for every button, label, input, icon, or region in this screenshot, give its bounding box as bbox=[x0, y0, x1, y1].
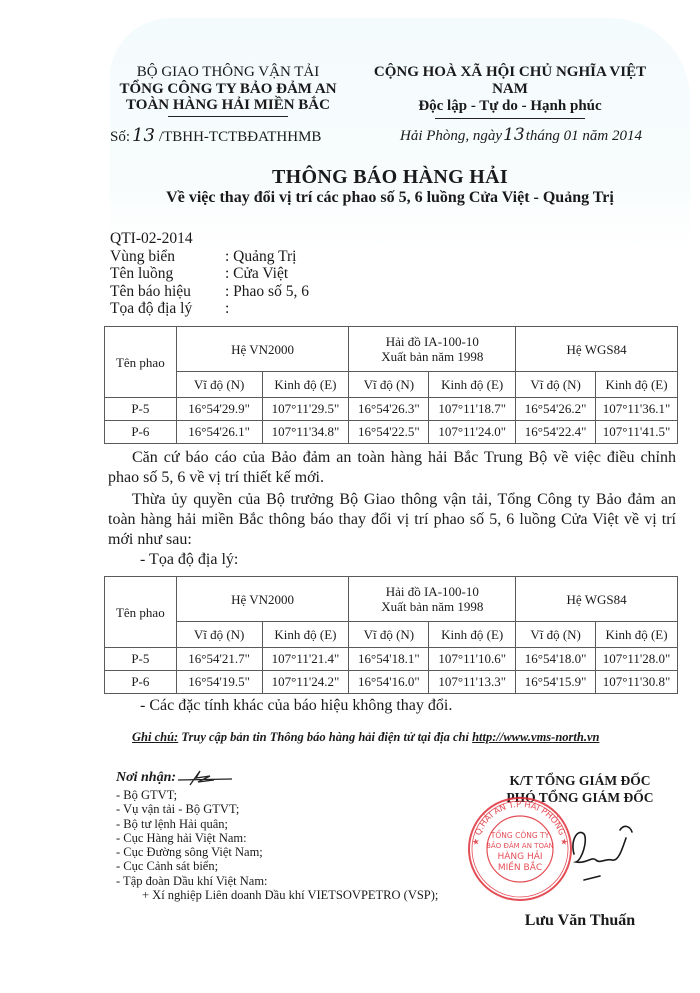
table-row: P-5 16°54'29.9" 107°11'29.5" 16°54'26.3"… bbox=[105, 398, 678, 421]
recipients-heading: Nơi nhận: bbox=[116, 768, 438, 788]
so-number: 13 bbox=[132, 125, 155, 146]
issuer-header: BỘ GIAO THÔNG VẬN TẢI TỔNG CÔNG TY BẢO Đ… bbox=[108, 64, 348, 117]
col-header-name: Tên phao bbox=[105, 327, 177, 398]
note-text: Truy cập bản tin Thông báo hàng hải điện… bbox=[178, 730, 472, 744]
paragraph-authorization: Thừa ủy quyền của Bộ trưởng Bộ Giao thôn… bbox=[108, 490, 676, 550]
company-seal-icon: M.S D.N:02000..09-CTTNHH ★ Q.HẢI AN T.P … bbox=[467, 796, 573, 902]
national-header: CỘNG HOÀ XÃ HỘI CHỦ NGHĨA VIỆT NAM Độc l… bbox=[360, 64, 660, 119]
list-item: - Vụ vận tải - Bộ GTVT; bbox=[116, 802, 438, 816]
col-header-wgs84: Hệ WGS84 bbox=[516, 327, 678, 372]
svg-text:M.S D.N:02000..09-CTTNHH ★ Q.H: M.S D.N:02000..09-CTTNHH ★ Q.HẢI AN T.P … bbox=[467, 796, 569, 849]
col-header-lon: Kinh độ (E) bbox=[429, 622, 516, 648]
date-month-year: tháng 01 năm 2014 bbox=[526, 128, 642, 144]
svg-text:HÀNG HẢI: HÀNG HẢI bbox=[497, 850, 542, 862]
note-label: Ghi chú: bbox=[132, 730, 178, 744]
col-header-lat: Vĩ độ (N) bbox=[349, 372, 429, 398]
handwritten-signature-icon bbox=[566, 820, 640, 890]
notice-meta: QTI-02-2014 Vùng biển: Quảng Trị Tên luồ… bbox=[110, 230, 309, 318]
meta-row: Tọa độ địa lý: bbox=[110, 300, 309, 318]
list-item: - Tập đoàn Dầu khí Việt Nam: bbox=[116, 874, 438, 888]
signatory-name: Lưu Văn Thuấn bbox=[490, 912, 670, 930]
col-header-lon: Kinh độ (E) bbox=[596, 372, 678, 398]
so-code: /TBHH-TCTBĐATHHMB bbox=[159, 129, 322, 145]
col-header-chart: Hải đồ IA-100-10Xuất bản năm 1998 bbox=[349, 327, 516, 372]
unchanged-note: - Các đặc tính khác của báo hiệu không t… bbox=[140, 697, 452, 715]
date-place: Hải Phòng, ngày bbox=[400, 128, 502, 144]
col-header-lon: Kinh độ (E) bbox=[262, 372, 349, 398]
svg-text:BẢO ĐẢM AN TOÀN: BẢO ĐẢM AN TOÀN bbox=[486, 841, 554, 850]
list-item: - Bộ GTVT; bbox=[116, 788, 438, 802]
col-header-lat: Vĩ độ (N) bbox=[516, 622, 596, 648]
col-header-lat: Vĩ độ (N) bbox=[516, 372, 596, 398]
col-header-wgs84: Hệ WGS84 bbox=[516, 577, 678, 622]
table-row: P-6 16°54'19.5" 107°11'24.2" 16°54'16.0"… bbox=[105, 671, 678, 694]
document-page: BỘ GIAO THÔNG VẬN TẢI TỔNG CÔNG TY BẢO Đ… bbox=[0, 0, 700, 993]
col-header-chart: Hải đồ IA-100-10Xuất bản năm 1998 bbox=[349, 577, 516, 622]
motto-underline bbox=[435, 118, 585, 119]
new-positions-table: Tên phao Hệ VN2000 Hải đồ IA-100-10Xuất … bbox=[104, 576, 678, 694]
org-name-line2: TOÀN HÀNG HẢI MIỀN BẮC bbox=[108, 97, 348, 113]
initials-scribble-icon bbox=[176, 768, 234, 788]
list-item: - Cục Đường sông Việt Nam; bbox=[116, 845, 438, 859]
national-motto: Độc lập - Tự do - Hạnh phúc bbox=[360, 98, 660, 115]
table-row: P-6 16°54'26.1" 107°11'34.8" 16°54'22.5"… bbox=[105, 421, 678, 444]
notice-code: QTI-02-2014 bbox=[110, 230, 309, 248]
col-header-lat: Vĩ độ (N) bbox=[176, 372, 262, 398]
website-link[interactable]: http://www.vms-north.vn bbox=[472, 730, 599, 744]
col-header-lon: Kinh độ (E) bbox=[262, 622, 349, 648]
list-subitem: + Xí nghiệp Liên doanh Dầu khí VIETSOVPE… bbox=[116, 888, 438, 902]
col-header-lon: Kinh độ (E) bbox=[596, 622, 678, 648]
col-header-lat: Vĩ độ (N) bbox=[349, 622, 429, 648]
table-row: P-5 16°54'21.7" 107°11'21.4" 16°54'18.1"… bbox=[105, 648, 678, 671]
coords-label: - Tọa độ địa lý: bbox=[140, 551, 238, 569]
date-day: 13 bbox=[503, 125, 525, 145]
col-header-vn2000: Hệ VN2000 bbox=[176, 327, 349, 372]
meta-row: Tên báo hiệu: Phao số 5, 6 bbox=[110, 283, 309, 301]
old-positions-table: Tên phao Hệ VN2000 Hải đồ IA-100-10Xuất … bbox=[104, 326, 678, 444]
header-underline bbox=[168, 116, 288, 117]
page-title: THÔNG BÁO HÀNG HẢI bbox=[100, 166, 680, 189]
org-name-line1: TỔNG CÔNG TY BẢO ĐẢM AN bbox=[108, 81, 348, 97]
list-item: - Bộ tư lệnh Hải quân; bbox=[116, 817, 438, 831]
col-header-lon: Kinh độ (E) bbox=[429, 372, 516, 398]
recipients-list: Nơi nhận: - Bộ GTVT; - Vụ vận tải - Bộ G… bbox=[116, 768, 438, 902]
svg-text:TỔNG CÔNG TY: TỔNG CÔNG TY bbox=[490, 830, 550, 840]
document-number: Số:13/TBHH-TCTBĐATHHMB bbox=[110, 125, 321, 146]
list-item: - Cục Hàng hải Việt Nam: bbox=[116, 831, 438, 845]
so-label: Số: bbox=[110, 129, 130, 145]
col-header-name: Tên phao bbox=[105, 577, 177, 648]
document-date: Hải Phòng, ngày13tháng 01 năm 2014 bbox=[400, 125, 642, 145]
country-name: CỘNG HOÀ XÃ HỘI CHỦ NGHĨA VIỆT NAM bbox=[360, 64, 660, 98]
list-item: - Cục Cảnh sát biển; bbox=[116, 859, 438, 873]
meta-row: Vùng biển: Quảng Trị bbox=[110, 248, 309, 266]
col-header-vn2000: Hệ VN2000 bbox=[176, 577, 349, 622]
meta-row: Tên luồng: Cửa Việt bbox=[110, 265, 309, 283]
col-header-lat: Vĩ độ (N) bbox=[176, 622, 262, 648]
paragraph-basis: Căn cứ báo cáo của Bảo đảm an toàn hàng … bbox=[108, 448, 676, 488]
page-subtitle: Về việc thay đổi vị trí các phao số 5, 6… bbox=[100, 189, 680, 207]
ministry-name: BỘ GIAO THÔNG VẬN TẢI bbox=[108, 64, 348, 81]
footnote: Ghi chú: Truy cập bản tin Thông báo hàng… bbox=[132, 730, 599, 745]
